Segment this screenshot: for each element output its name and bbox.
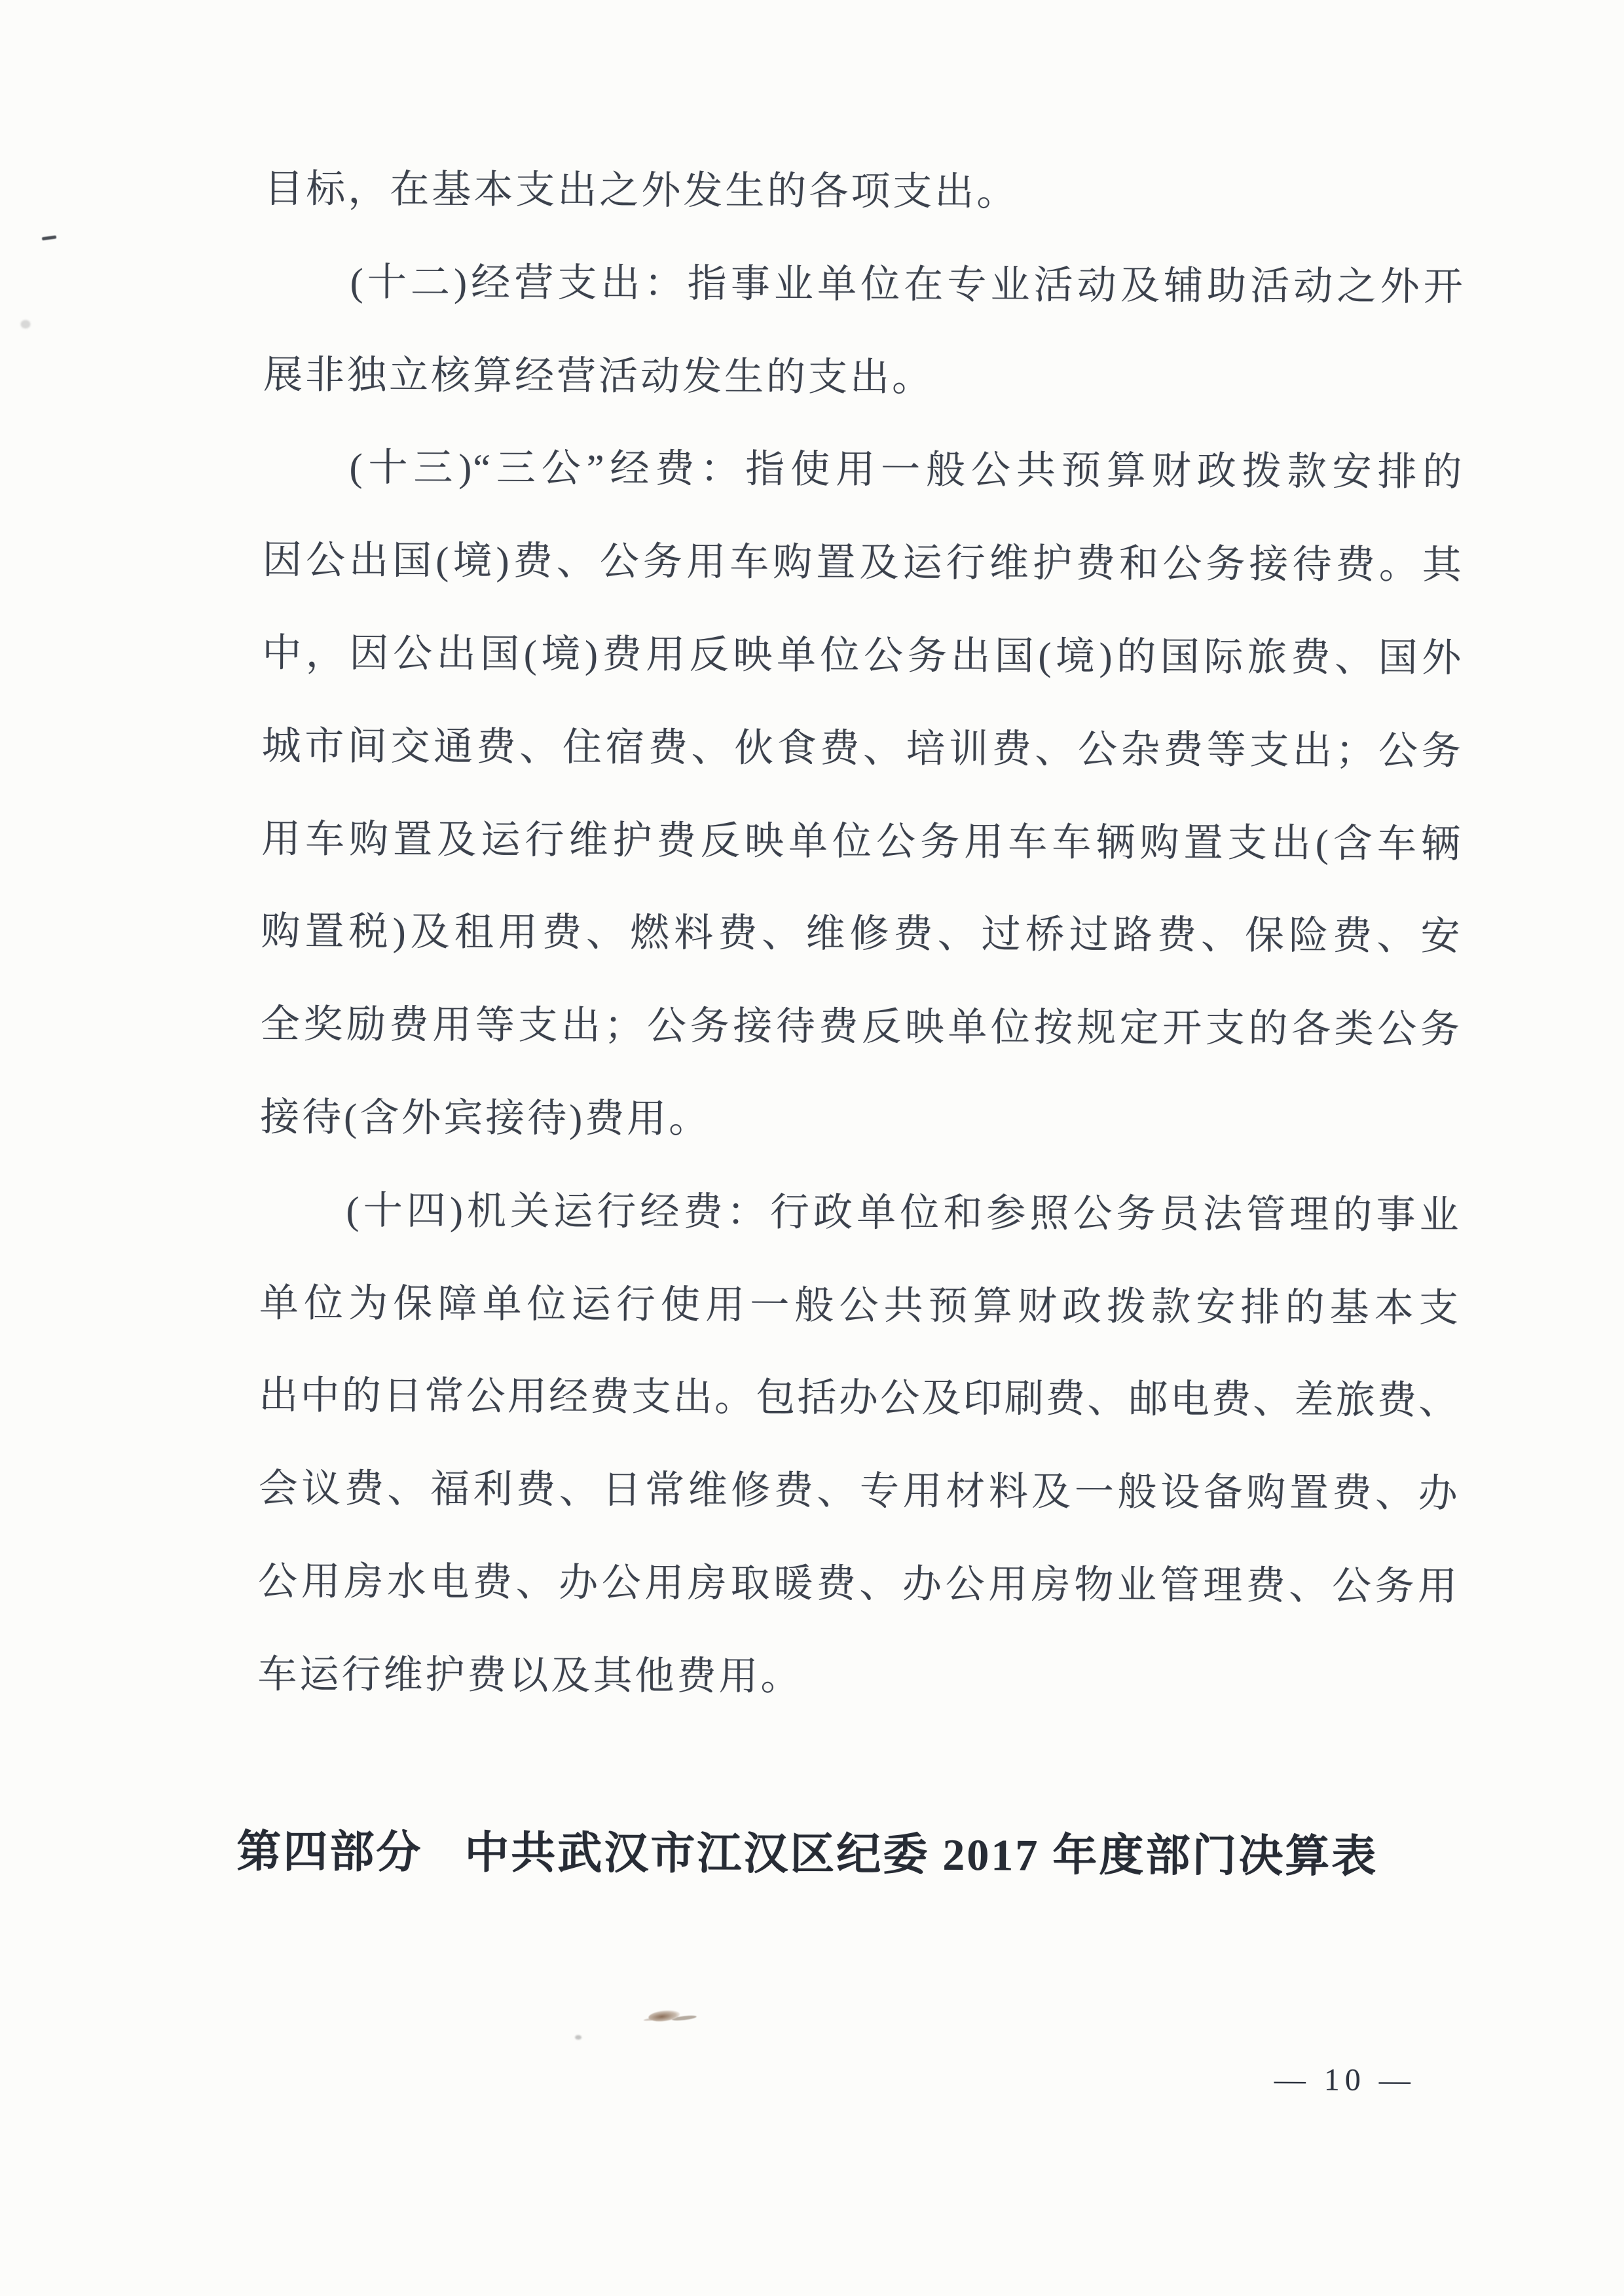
section-heading-part2: 中共武汉市江汉区纪委 2017 年度部门决算表: [464, 1828, 1378, 1882]
body-line: 因公出国(境)费、公务用车购置及运行维护费和公务接待费。其: [263, 515, 1464, 613]
body-line: 目标，在基本支出之外发生的各项支出。: [264, 143, 1465, 241]
scan-dot: [575, 2035, 581, 2039]
body-line: 会议费、福利费、日常维修费、专用材料及一般设备购置费、办: [258, 1442, 1459, 1540]
body-line: 用车购置及运行维护费反映单位公务用车车辆购置支出(含车辆: [261, 793, 1462, 891]
scan-content: 目标，在基本支出之外发生的各项支出。 (十二)经营支出：指事业单位在专业活动及辅…: [0, 0, 1624, 2296]
body-text: 目标，在基本支出之外发生的各项支出。 (十二)经营支出：指事业单位在专业活动及辅…: [257, 143, 1465, 1726]
body-line: (十四)机关运行经费：行政单位和参照公务员法管理的事业: [259, 1164, 1460, 1262]
body-line: 公用房水电费、办公用房取暖费、办公用房物业管理费、公务用: [258, 1535, 1459, 1633]
scanned-document-page: 目标，在基本支出之外发生的各项支出。 (十二)经营支出：指事业单位在专业活动及辅…: [0, 0, 1624, 2296]
scan-dot-left-edge: [20, 320, 30, 329]
body-line: (十二)经营支出：指事业单位在专业活动及辅助活动之外开: [263, 236, 1464, 334]
body-line: 展非独立核算经营活动发生的支出。: [263, 329, 1464, 427]
body-line: 车运行维护费以及其他费用。: [257, 1628, 1458, 1726]
scan-mark-left-edge: [42, 235, 56, 240]
body-line: 接待(含外宾接待)费用。: [260, 1071, 1461, 1169]
body-line: 购置税)及租用费、燃料费、维修费、过桥过路费、保险费、安: [261, 886, 1462, 984]
scan-smudge: [648, 2009, 680, 2023]
body-line: 单位为保障单位运行使用一般公共预算财政拨款安排的基本支: [259, 1257, 1460, 1355]
body-line: 全奖励费用等支出；公务接待费反映单位按规定开支的各类公务: [261, 978, 1462, 1076]
section-heading: 第四部分中共武汉市江汉区纪委 2017 年度部门决算表: [236, 1806, 1481, 1904]
section-heading-part1: 第四部分: [236, 1827, 422, 1877]
body-line: 城市间交通费、住宿费、伙食费、培训费、公杂费等支出；公务: [261, 700, 1462, 798]
body-line: 中，因公出国(境)费用反映单位公务出国(境)的国际旅费、国外: [262, 607, 1463, 705]
body-line: 出中的日常公用经费支出。包括办公及印刷费、邮电费、差旅费、: [259, 1350, 1460, 1448]
page-number: — 10 —: [1274, 2062, 1416, 2098]
body-line: (十三)“三公”经费：指使用一般公共预算财政拨款安排的: [263, 422, 1464, 520]
